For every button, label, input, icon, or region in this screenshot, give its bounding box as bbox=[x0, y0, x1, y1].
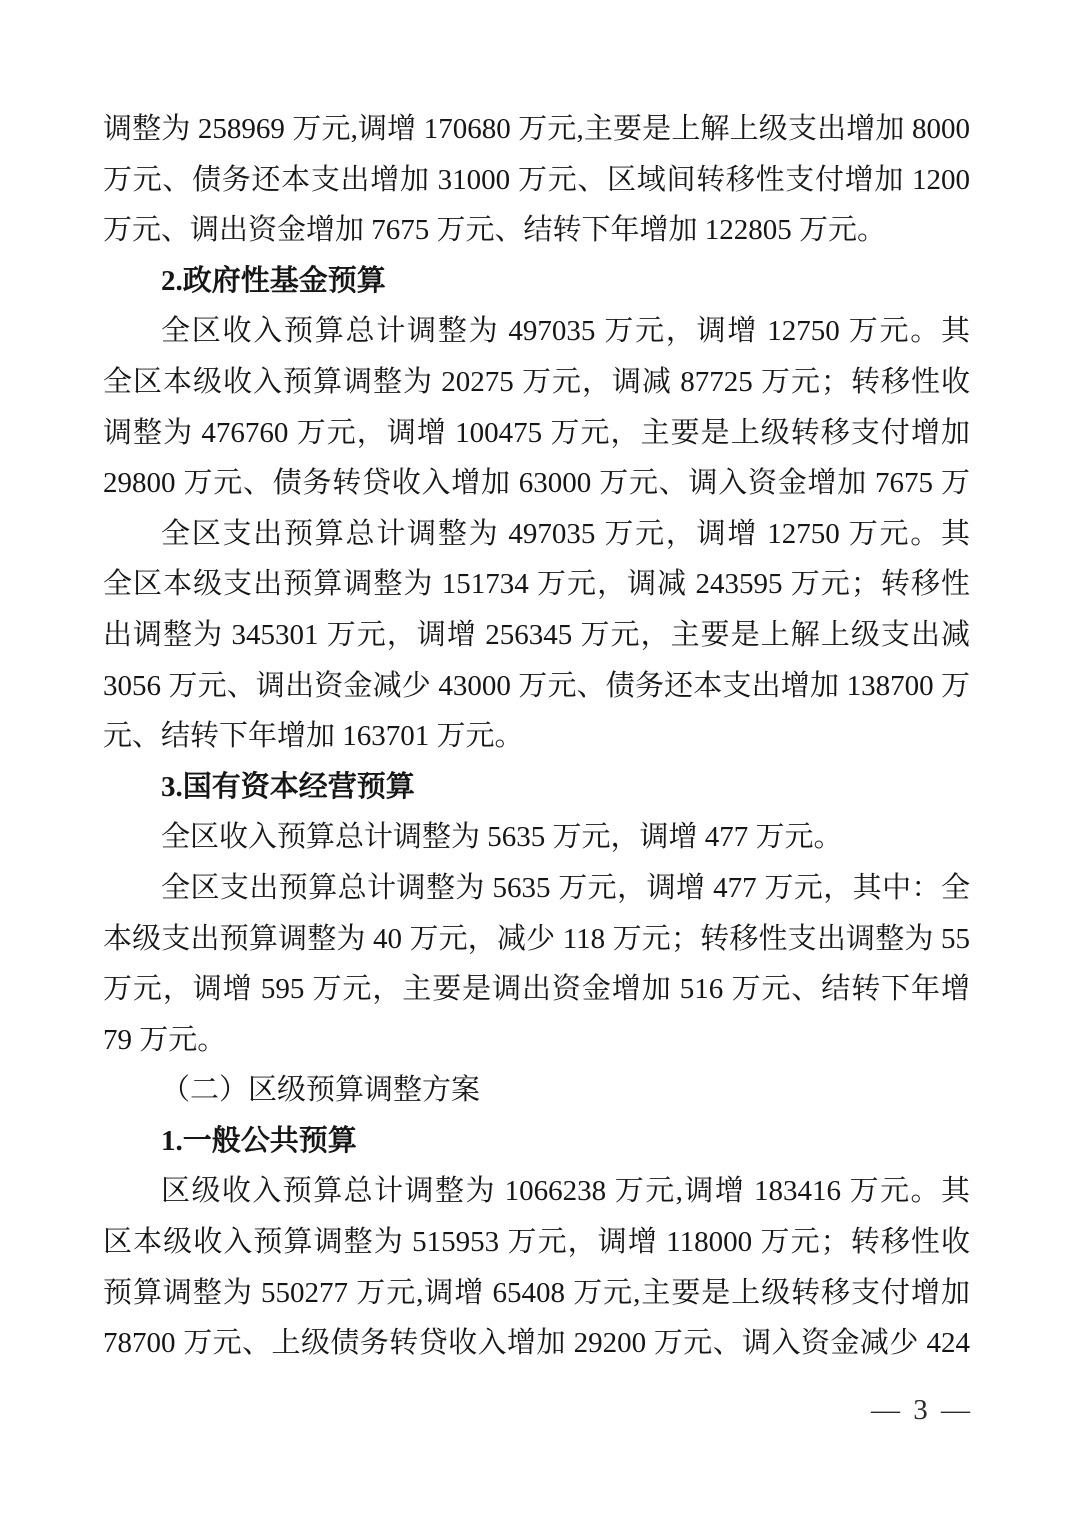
body-line: 元、结转下年增加 163701 万元。 bbox=[103, 711, 970, 762]
body-line: 78700 万元、上级债务转贷收入增加 29200 万元、调入资金减少 4249… bbox=[103, 1318, 970, 1369]
body-line: 本级支出预算调整为 40 万元，减少 118 万元；转移性支出调整为 5595 bbox=[103, 914, 970, 965]
body-line: 全区本级支出预算调整为 151734 万元，调减 243595 万元；转移性支 bbox=[103, 559, 970, 610]
document-text-block: 调整为 258969 万元,调增 170680 万元,主要是上解上级支出增加 8… bbox=[103, 104, 970, 1369]
body-line: 29800 万元、债务转贷收入增加 63000 万元、调入资金增加 7675 万… bbox=[103, 458, 970, 509]
body-line: 全区收入预算总计调整为 497035 万元，调增 12750 万元。其中： bbox=[103, 306, 970, 357]
body-line: 区本级收入预算调整为 515953 万元，调增 118000 万元；转移性收入 bbox=[103, 1217, 970, 1268]
body-line: 3056 万元、调出资金减少 43000 万元、债务还本支出增加 138700 … bbox=[103, 661, 970, 712]
document-page: 调整为 258969 万元,调增 170680 万元,主要是上解上级支出增加 8… bbox=[0, 0, 1074, 1520]
heading-government-fund-budget: 2.政府性基金预算 bbox=[103, 256, 970, 307]
page-number: — 3 — bbox=[871, 1396, 970, 1425]
body-line: 区级收入预算总计调整为 1066238 万元,调增 183416 万元。其中： bbox=[103, 1166, 970, 1217]
heading-general-public-budget: 1.一般公共预算 bbox=[103, 1116, 970, 1167]
body-line: 全区收入预算总计调整为 5635 万元，调增 477 万元。 bbox=[103, 812, 970, 863]
body-line: 万元，调增 595 万元，主要是调出资金增加 516 万元、结转下年增加 bbox=[103, 964, 970, 1015]
body-line: 万元、调出资金增加 7675 万元、结转下年增加 122805 万元。 bbox=[103, 205, 970, 256]
body-line: 全区支出预算总计调整为 497035 万元，调增 12750 万元。其中： bbox=[103, 509, 970, 560]
heading-district-budget-adjustment-plan: （二）区级预算调整方案 bbox=[103, 1065, 970, 1116]
body-line: 调整为 476760 万元，调增 100475 万元，主要是上级转移支付增加 bbox=[103, 408, 970, 459]
body-line: 全区支出预算总计调整为 5635 万元，调增 477 万元，其中：全区 bbox=[103, 863, 970, 914]
body-line: 万元、债务还本支出增加 31000 万元、区域间转移性支付增加 1200 bbox=[103, 155, 970, 206]
body-line: 出调整为 345301 万元，调增 256345 万元，主要是上解上级支出减少 bbox=[103, 610, 970, 661]
heading-state-capital-operation-budget: 3.国有资本经营预算 bbox=[103, 762, 970, 813]
body-line: 全区本级收入预算调整为 20275 万元，调减 87725 万元；转移性收入 bbox=[103, 357, 970, 408]
body-line: 预算调整为 550277 万元,调增 65408 万元,主要是上级转移支付增加 bbox=[103, 1268, 970, 1319]
body-line: 调整为 258969 万元,调增 170680 万元,主要是上解上级支出增加 8… bbox=[103, 104, 970, 155]
body-line: 79 万元。 bbox=[103, 1015, 970, 1066]
